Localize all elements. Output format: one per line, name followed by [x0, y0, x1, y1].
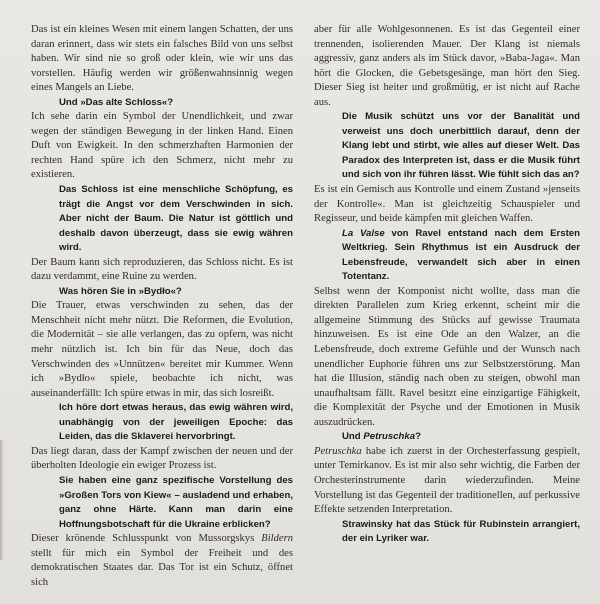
left-column: Das ist ein kleines Wesen mit einem lang…: [31, 23, 293, 590]
answer-paragraph: Petruschka habe ich zuerst in der Orches…: [314, 445, 580, 518]
page-edge-shadow: [0, 440, 4, 560]
italic-title: La Valse: [342, 228, 385, 239]
question: Und »Das alte Schloss«?: [31, 96, 293, 111]
question: Sie haben eine ganz spezifische Vorstell…: [31, 474, 293, 532]
answer-text: Dieser krönende Schlusspunkt von Mussorg…: [31, 533, 261, 544]
answer-paragraph: Die Trauer, etwas verschwinden zu sehen,…: [31, 299, 293, 401]
answer-paragraph: Dieser krönende Schlusspunkt von Mussorg…: [31, 532, 293, 590]
question: Ich höre dort etwas heraus, das ewig wäh…: [31, 401, 293, 445]
italic-title: Petruschka: [363, 431, 415, 442]
italic-title: Petruschka: [314, 446, 362, 457]
answer-paragraph: Selbst wenn der Komponist nicht wollte, …: [314, 285, 580, 430]
answer-paragraph: Das liegt daran, dass der Kampf zwischen…: [31, 445, 293, 474]
answer-paragraph: Das ist ein kleines Wesen mit einem lang…: [31, 23, 293, 96]
answer-text: stellt für mich ein Symbol der Freiheit …: [31, 548, 293, 588]
right-column: aber für alle Wohlgesonnenen. Es ist das…: [314, 23, 580, 547]
question: Und Petruschka?: [314, 430, 580, 445]
question: Das Schloss ist eine menschliche Schöpfu…: [31, 183, 293, 256]
italic-title: Bildern: [261, 533, 293, 544]
question: Die Musik schützt uns vor der Banalität …: [314, 110, 580, 183]
question: Strawinsky hat das Stück für Rubinstein …: [314, 518, 580, 547]
answer-paragraph: aber für alle Wohlgesonnenen. Es ist das…: [314, 23, 580, 110]
question: Was hören Sie in »Bydło«?: [31, 285, 293, 300]
answer-paragraph: Es ist ein Gemisch aus Kontrolle und ein…: [314, 183, 580, 227]
answer-paragraph: Der Baum kann sich reproduzieren, das Sc…: [31, 256, 293, 285]
question-text: ?: [415, 431, 421, 442]
question: La Valse von Ravel entstand nach dem Ers…: [314, 227, 580, 285]
question-text: Und: [342, 431, 363, 442]
answer-paragraph: Ich sehe darin ein Symbol der Unendlichk…: [31, 110, 293, 183]
